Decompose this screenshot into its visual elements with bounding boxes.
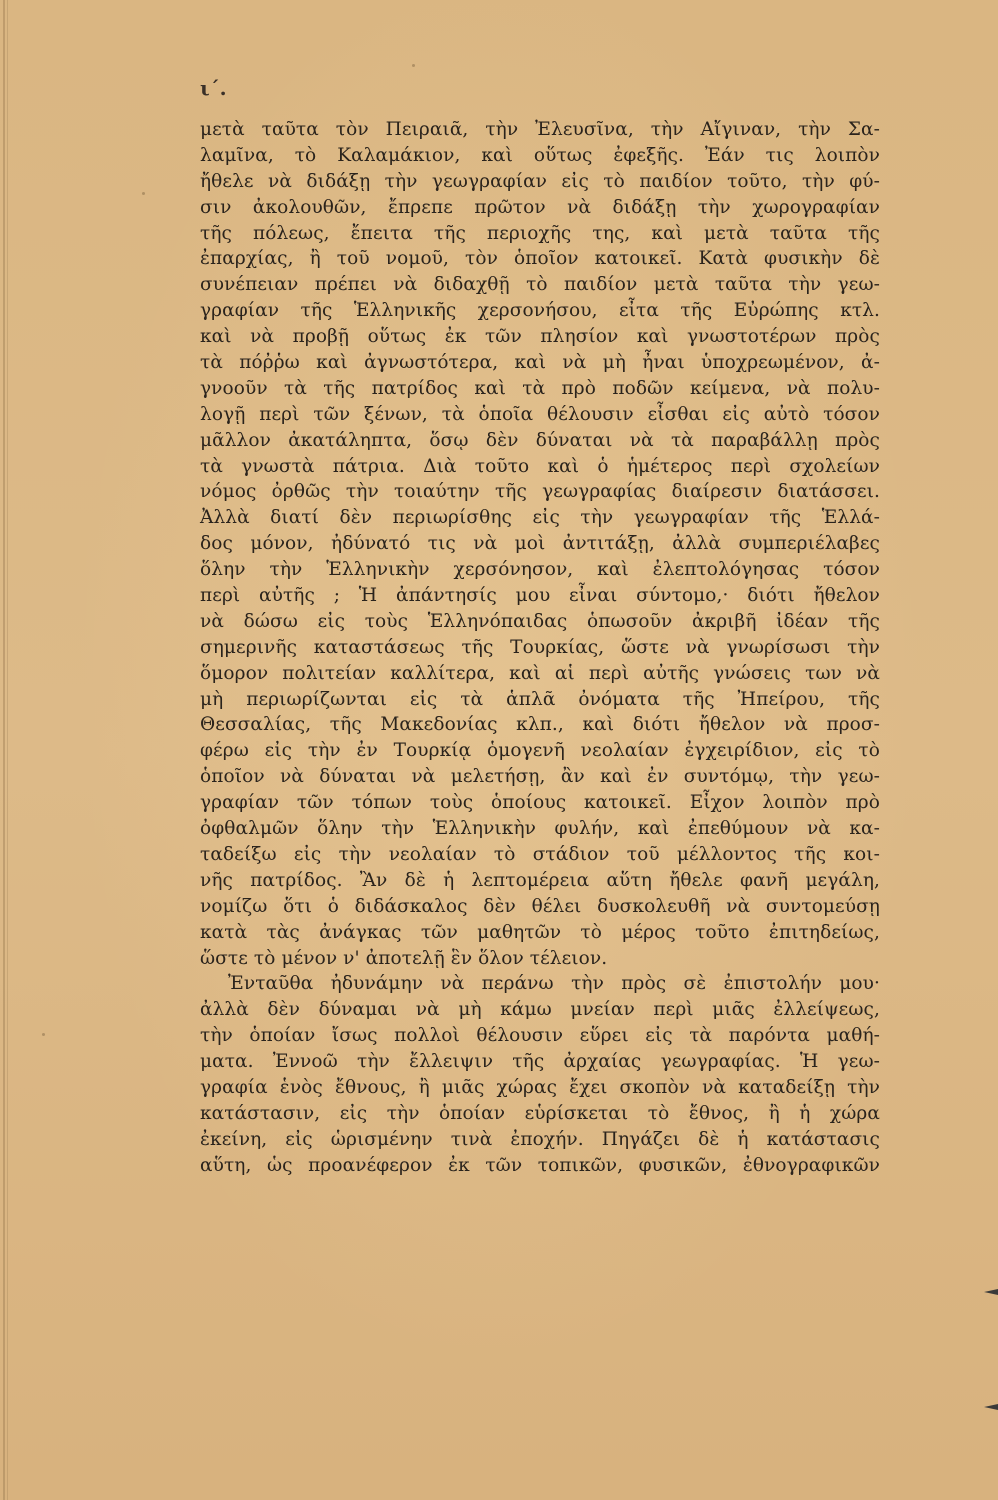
text-line: γραφία ἑνὸς ἔθνους, ἢ μιᾶς χώρας ἔχει σκ…: [200, 1075, 880, 1101]
text-line-paragraph-start: Ἐνταῦθα ἠδυνάμην νὰ περάνω τὴν πρὸς σὲ ἐ…: [200, 971, 880, 997]
text-line: λογῇ περὶ τῶν ξένων, τὰ ὁποῖα θέλουσιν ε…: [200, 402, 880, 428]
text-line: ἐκείνη, εἰς ὡρισμένην τινὰ ἐποχήν. Πηγάζ…: [200, 1127, 880, 1153]
text-line: περὶ αὐτῆς ; Ἡ ἀπάντησίς μου εἶναι σύντο…: [200, 583, 880, 609]
body-text: μετὰ ταῦτα τὸν Πειραιᾶ, τὴν Ἐλευσῖνα, τὴ…: [200, 117, 880, 1179]
text-line-paragraph-end: ὥστε τὸ μένον ν' ἀποτελῇ ἓν ὅλον τέλειον…: [200, 946, 880, 972]
text-line: κατάστασιν, εἰς τὴν ὁποίαν εὑρίσκεται τὸ…: [200, 1101, 880, 1127]
text-line: ὀφθαλμῶν ὅλην τὴν Ἑλληνικὴν φυλήν, καὶ ἐ…: [200, 816, 880, 842]
text-line: νομίζω ὅτι ὁ διδάσκαλος δὲν θέλει δυσκολ…: [200, 894, 880, 920]
text-line: λαμῖνα, τὸ Καλαμάκιον, καὶ οὕτως ἐφεξῆς.…: [200, 143, 880, 169]
paper-speck: [42, 1033, 45, 1036]
text-line: γραφίαν τῆς Ἑλληνικῆς χερσονήσου, εἶτα τ…: [200, 298, 880, 324]
text-line: τῆς πόλεως, ἔπειτα τῆς περιοχῆς της, καὶ…: [200, 221, 880, 247]
text-line: ἀλλὰ δὲν δύναμαι νὰ μὴ κάμω μνείαν περὶ …: [200, 997, 880, 1023]
text-line: νὰ δώσω εἰς τοὺς Ἑλληνόπαιδας ὁπωσοῦν ἀκ…: [200, 609, 880, 635]
text-line: νῆς πατρίδος. Ἂν δὲ ἡ λεπτομέρεια αὕτη ἤ…: [200, 868, 880, 894]
binding-thread-mark: [984, 1289, 998, 1295]
text-line: τὴν ὁποίαν ἴσως πολλοὶ θέλουσιν εὕρει εἰ…: [200, 1023, 880, 1049]
text-line: ματα. Ἐννοῶ τὴν ἔλλειψιν τῆς ἀρχαίας γεω…: [200, 1049, 880, 1075]
text-line: ὅμορον πολιτείαν καλλίτερα, καὶ αἱ περὶ …: [200, 661, 880, 687]
text-line: ἐπαρχίας, ἢ τοῦ νομοῦ, τὸν ὁποῖον κατοικ…: [200, 246, 880, 272]
text-line: νόμος ὀρθῶς τὴν τοιαύτην τῆς γεωγραφίας …: [200, 479, 880, 505]
page-gutter-edge-inner: [7, 0, 8, 1500]
text-line: σημερινῆς καταστάσεως τῆς Τουρκίας, ὥστε…: [200, 635, 880, 661]
text-line: καὶ νὰ προβῇ οὕτως ἐκ τῶν πλησίον καὶ γν…: [200, 324, 880, 350]
page-number: ι΄.: [200, 76, 227, 100]
text-line: τὰ πόῤῥω καὶ ἀγνωστότερα, καὶ νὰ μὴ ἦναι…: [200, 350, 880, 376]
text-line: σιν ἀκολουθῶν, ἔπρεπε πρῶτον νὰ διδάξῃ τ…: [200, 195, 880, 221]
text-line: τὰ γνωστὰ πάτρια. Διὰ τοῦτο καὶ ὁ ἡμέτερ…: [200, 454, 880, 480]
text-line: Ἀλλὰ διατί δὲν περιωρίσθης εἰς τὴν γεωγρ…: [200, 505, 880, 531]
text-line: ἤθελε νὰ διδάξῃ τὴν γεωγραφίαν εἰς τὸ πα…: [200, 169, 880, 195]
text-line: γραφίαν τῶν τόπων τοὺς ὁποίους κατοικεῖ.…: [200, 790, 880, 816]
text-line: κατὰ τὰς ἀνάγκας τῶν μαθητῶν τὸ μέρος το…: [200, 920, 880, 946]
paper-speck: [412, 64, 415, 67]
text-line: φέρω εἰς τὴν ἐν Τουρκίᾳ ὁμογενῆ νεολαίαν…: [200, 738, 880, 764]
text-line: ὁποῖον νὰ δύναται νὰ μελετήσῃ, ἂν καὶ ἐν…: [200, 764, 880, 790]
text-line: μετὰ ταῦτα τὸν Πειραιᾶ, τὴν Ἐλευσῖνα, τὴ…: [200, 117, 880, 143]
text-line: μᾶλλον ἀκατάληπτα, ὅσῳ δὲν δύναται νὰ τὰ…: [200, 428, 880, 454]
paper-speck: [142, 192, 145, 195]
text-line: συνέπειαν πρέπει νὰ διδαχθῇ τὸ παιδίον μ…: [200, 272, 880, 298]
text-line: αὕτη, ὡς προανέφερον ἐκ τῶν τοπικῶν, φυσ…: [200, 1153, 880, 1179]
text-line: μὴ περιωρίζωνται εἰς τὰ ἁπλᾶ ὀνόματα τῆς…: [200, 687, 880, 713]
text-line: γνοοῦν τὰ τῆς πατρίδος καὶ τὰ πρὸ ποδῶν …: [200, 376, 880, 402]
page-gutter-edge: [3, 0, 5, 1500]
binding-thread-mark: [984, 1404, 998, 1410]
text-line: ταδείξω εἰς τὴν νεολαίαν τὸ στάδιον τοῦ …: [200, 842, 880, 868]
scanned-book-page: ι΄. μετὰ ταῦτα τὸν Πειραιᾶ, τὴν Ἐλευσῖνα…: [0, 0, 998, 1500]
text-line: ὅλην τὴν Ἑλληνικὴν χερσόνησον, καὶ ἐλεπτ…: [200, 557, 880, 583]
text-line: δος μόνον, ἠδύνατό τις νὰ μοὶ ἀντιτάξῃ, …: [200, 531, 880, 557]
text-line: Θεσσαλίας, τῆς Μακεδονίας κλπ., καὶ διότ…: [200, 712, 880, 738]
